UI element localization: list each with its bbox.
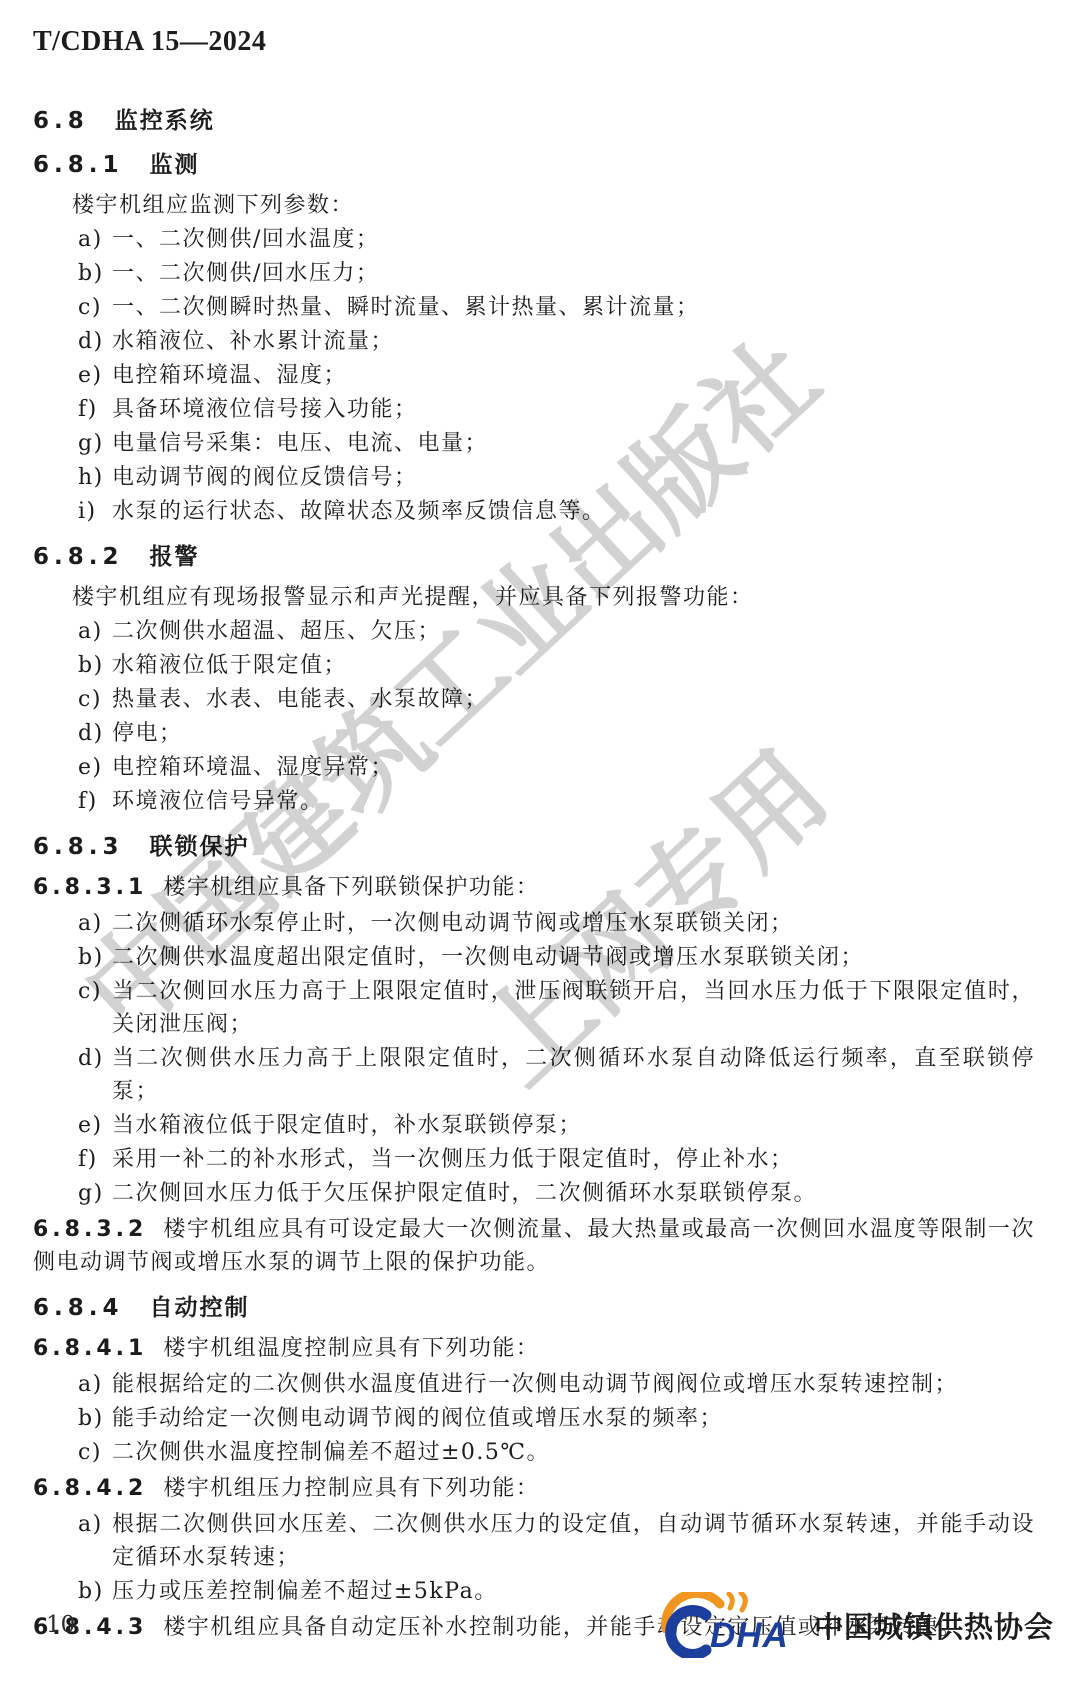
text-run: 一、二次侧供/回水压力；: [112, 257, 1035, 290]
clause-number: 6.8.3.1: [33, 875, 147, 900]
list-item-label: e): [78, 1109, 112, 1142]
list-item-label: a): [78, 1508, 112, 1574]
list-item: d)停电；: [33, 717, 1035, 750]
clause-heading: 6.8.3联锁保护: [33, 832, 1035, 862]
list-item: a)根据二次侧供回水压差、二次侧供水压力的设定值，自动调节循环水泵转速，并能手动…: [33, 1508, 1035, 1574]
list-item-label: h): [78, 461, 112, 494]
list-item-label: c): [78, 975, 112, 1041]
text-run: 自动控制: [150, 1295, 250, 1321]
text-run: 能手动给定一次侧电动调节阀的阀位值或增压水泵的频率；: [112, 1402, 1035, 1435]
clause-heading: 6.8.1监测: [33, 150, 1035, 180]
list-item: b)一、二次侧供/回水压力；: [33, 257, 1035, 290]
text-run: 楼宇机组温度控制应具有下列功能：: [163, 1336, 539, 1361]
text-run: 楼宇机组应监测下列参数：: [72, 193, 354, 218]
document-page: T/CDHA 15—2024 6.8监控系统6.8.1监测楼宇机组应监测下列参数…: [0, 0, 1080, 1691]
list-item: d)当二次侧供水压力高于上限限定值时，二次侧循环水泵自动降低运行频率，直至联锁停…: [33, 1042, 1035, 1108]
paragraph: 楼宇机组应监测下列参数：: [33, 189, 1035, 222]
text-run: 联锁保护: [150, 834, 250, 860]
list-item-label: a): [78, 907, 112, 940]
clause-paragraph: 6.8.3.2楼宇机组应具有可设定最大一次侧流量、最大热量或最高一次侧回水温度等…: [33, 1213, 1035, 1279]
text-run: 楼宇机组压力控制应具有下列功能：: [163, 1476, 539, 1501]
list-item-label: e): [78, 359, 112, 392]
clause-heading: 6.8.2报警: [33, 542, 1035, 572]
list-item-label: b): [78, 257, 112, 290]
text-run: 环境液位信号异常。: [112, 785, 1035, 818]
text-run: 二次侧供水温度控制偏差不超过±0.5℃。: [112, 1436, 1035, 1469]
text-run: 具备环境液位信号接入功能；: [112, 393, 1035, 426]
clause-heading: 6.8监控系统: [33, 106, 1035, 136]
list-item-label: b): [78, 1402, 112, 1435]
list-item: f)具备环境液位信号接入功能；: [33, 393, 1035, 426]
text-run: 采用一补二的补水形式，当一次侧压力低于限定值时，停止补水；: [112, 1143, 1035, 1176]
document-body: 6.8监控系统6.8.1监测楼宇机组应监测下列参数：a)一、二次侧供/回水温度；…: [33, 92, 1035, 1647]
list-item-label: b): [78, 649, 112, 682]
list-item-label: d): [78, 717, 112, 750]
text-run: 电控箱环境温、湿度；: [112, 359, 1035, 392]
association-name: 中国城镇供热协会: [814, 1605, 1054, 1646]
list-item-label: f): [78, 393, 112, 426]
list-item: g)电量信号采集：电压、电流、电量；: [33, 427, 1035, 460]
clause-number: 6.8.4: [33, 1295, 124, 1321]
text-run: 水泵的运行状态、故障状态及频率反馈信息等。: [112, 495, 1035, 528]
list-item: a)二次侧循环水泵停止时，一次侧电动调节阀或增压水泵联锁关闭；: [33, 907, 1035, 940]
text-run: 楼宇机组应具有可设定最大一次侧流量、最大热量或最高一次侧回水温度等限制一次侧电动…: [33, 1217, 1035, 1275]
list-item: a)一、二次侧供/回水温度；: [33, 223, 1035, 256]
cdha-logo-icon: DHA: [654, 1592, 806, 1658]
list-item: e)电控箱环境温、湿度异常；: [33, 751, 1035, 784]
text-run: 二次侧循环水泵停止时，一次侧电动调节阀或增压水泵联锁关闭；: [112, 907, 1035, 940]
text-run: 热量表、水表、电能表、水泵故障；: [112, 683, 1035, 716]
text-run: 楼宇机组应具备下列联锁保护功能：: [163, 875, 539, 900]
list-item-label: d): [78, 325, 112, 358]
list-item: b)水箱液位低于限定值；: [33, 649, 1035, 682]
text-run: 二次侧供水温度超出限定值时，一次侧电动调节阀或增压水泵联锁关闭；: [112, 941, 1035, 974]
list-item-label: a): [78, 223, 112, 256]
association-logo: DHA 中国城镇供热协会: [654, 1592, 1054, 1658]
list-item: c)热量表、水表、电能表、水泵故障；: [33, 683, 1035, 716]
list-item: e)电控箱环境温、湿度；: [33, 359, 1035, 392]
text-run: 水箱液位、补水累计流量；: [112, 325, 1035, 358]
list-item: b)能手动给定一次侧电动调节阀的阀位值或增压水泵的频率；: [33, 1402, 1035, 1435]
list-item-label: g): [78, 1177, 112, 1210]
list-item-label: c): [78, 1436, 112, 1469]
list-item-label: g): [78, 427, 112, 460]
text-run: 一、二次侧供/回水温度；: [112, 223, 1035, 256]
list-item-label: e): [78, 751, 112, 784]
clause-number: 6.8.3.2: [33, 1217, 147, 1242]
text-run: 电量信号采集：电压、电流、电量；: [112, 427, 1035, 460]
list-item-label: f): [78, 785, 112, 818]
clause-number: 6.8.4.1: [33, 1336, 147, 1361]
clause-number: 6.8: [33, 108, 89, 134]
text-run: 二次侧回水压力低于欠压保护限定值时，二次侧循环水泵联锁停泵。: [112, 1177, 1035, 1210]
clause-number: 6.8.3: [33, 834, 124, 860]
standard-code: T/CDHA 15—2024: [33, 26, 266, 58]
list-item-label: i): [78, 495, 112, 528]
clause-paragraph: 6.8.4.2楼宇机组压力控制应具有下列功能：: [33, 1472, 1035, 1505]
list-item: f)采用一补二的补水形式，当一次侧压力低于限定值时，停止补水；: [33, 1143, 1035, 1176]
text-run: 能根据给定的二次侧供水温度值进行一次侧电动调节阀阀位或增压水泵转速控制；: [112, 1368, 1035, 1401]
page-footer: 10 DHA 中国城镇供热协会: [46, 1592, 1054, 1658]
text-run: 楼宇机组应有现场报警显示和声光提醒，并应具备下列报警功能：: [72, 585, 754, 610]
list-item: i)水泵的运行状态、故障状态及频率反馈信息等。: [33, 495, 1035, 528]
text-run: 监控系统: [115, 108, 215, 134]
list-item-label: b): [78, 941, 112, 974]
text-run: 监测: [150, 152, 200, 178]
text-run: 报警: [150, 544, 200, 570]
list-item: h)电动调节阀的阀位反馈信号；: [33, 461, 1035, 494]
list-item-label: f): [78, 1143, 112, 1176]
text-run: 电动调节阀的阀位反馈信号；: [112, 461, 1035, 494]
list-item: d)水箱液位、补水累计流量；: [33, 325, 1035, 358]
clause-heading: 6.8.4自动控制: [33, 1293, 1035, 1323]
clause-number: 6.8.2: [33, 544, 124, 570]
text-run: 电控箱环境温、湿度异常；: [112, 751, 1035, 784]
list-item-label: c): [78, 291, 112, 324]
clause-paragraph: 6.8.3.1楼宇机组应具备下列联锁保护功能：: [33, 871, 1035, 904]
clause-number: 6.8.4.2: [33, 1476, 147, 1501]
list-item-label: d): [78, 1042, 112, 1108]
text-run: 水箱液位低于限定值；: [112, 649, 1035, 682]
list-item: c)当二次侧回水压力高于上限限定值时，泄压阀联锁开启，当回水压力低于下限限定值时…: [33, 975, 1035, 1041]
list-item: g)二次侧回水压力低于欠压保护限定值时，二次侧循环水泵联锁停泵。: [33, 1177, 1035, 1210]
list-item: c)一、二次侧瞬时热量、瞬时流量、累计热量、累计流量；: [33, 291, 1035, 324]
list-item: b)二次侧供水温度超出限定值时，一次侧电动调节阀或增压水泵联锁关闭；: [33, 941, 1035, 974]
list-item: f)环境液位信号异常。: [33, 785, 1035, 818]
cdha-acronym: DHA: [710, 1616, 789, 1655]
paragraph: 楼宇机组应有现场报警显示和声光提醒，并应具备下列报警功能：: [33, 581, 1035, 614]
text-run: 当水箱液位低于限定值时，补水泵联锁停泵；: [112, 1109, 1035, 1142]
list-item: a)二次侧供水超温、超压、欠压；: [33, 615, 1035, 648]
list-item: e)当水箱液位低于限定值时，补水泵联锁停泵；: [33, 1109, 1035, 1142]
text-run: 当二次侧回水压力高于上限限定值时，泄压阀联锁开启，当回水压力低于下限限定值时，关…: [112, 975, 1035, 1041]
text-run: 停电；: [112, 717, 1035, 750]
text-run: 根据二次侧供回水压差、二次侧供水压力的设定值，自动调节循环水泵转速，并能手动设定…: [112, 1508, 1035, 1574]
list-item-label: c): [78, 683, 112, 716]
text-run: 当二次侧供水压力高于上限限定值时，二次侧循环水泵自动降低运行频率，直至联锁停泵；: [112, 1042, 1035, 1108]
page-number: 10: [46, 1612, 75, 1638]
list-item-label: a): [78, 1368, 112, 1401]
clause-paragraph: 6.8.4.1楼宇机组温度控制应具有下列功能：: [33, 1332, 1035, 1365]
list-item: c)二次侧供水温度控制偏差不超过±0.5℃。: [33, 1436, 1035, 1469]
list-item: a)能根据给定的二次侧供水温度值进行一次侧电动调节阀阀位或增压水泵转速控制；: [33, 1368, 1035, 1401]
text-run: 二次侧供水超温、超压、欠压；: [112, 615, 1035, 648]
text-run: 一、二次侧瞬时热量、瞬时流量、累计热量、累计流量；: [112, 291, 1035, 324]
clause-number: 6.8.1: [33, 152, 124, 178]
list-item-label: a): [78, 615, 112, 648]
